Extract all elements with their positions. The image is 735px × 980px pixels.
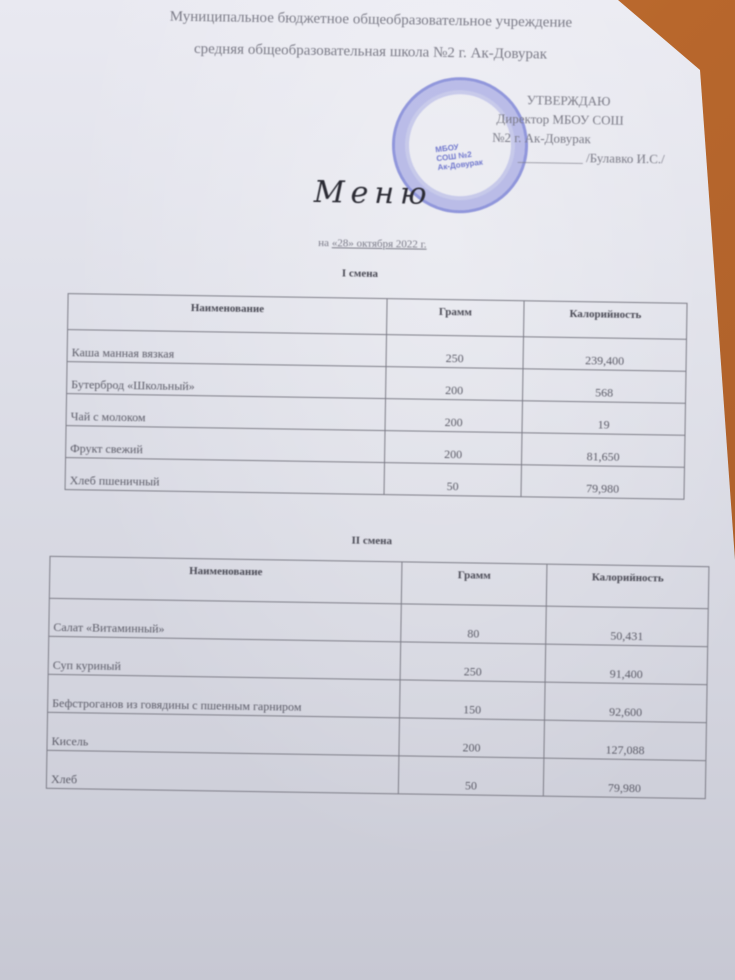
dish-grams: 200: [399, 718, 545, 758]
dish-name: Кисель: [47, 712, 400, 756]
dish-name: Хлеб пшеничный: [65, 458, 384, 495]
dish-calories: 50,431: [546, 606, 709, 647]
column-header-grams: Грамм: [387, 299, 525, 337]
dish-calories: 127,088: [544, 720, 707, 761]
column-header-calories: Калорийность: [546, 564, 709, 609]
shift-2-label: II смена: [322, 534, 422, 548]
dish-name: Салат «Витаминный»: [49, 598, 402, 642]
date-value: «28» октября 2022 г.: [332, 237, 427, 250]
approval-school: №2 г. Ак-Довурак: [474, 127, 665, 149]
shift-1-label: I смена: [310, 267, 410, 281]
column-header-grams: Грамм: [401, 562, 547, 606]
dish-name: Фрукт свежий: [66, 426, 385, 463]
date-prefix: на: [318, 237, 332, 249]
dish-calories: 91,400: [545, 644, 708, 685]
dish-grams: 50: [384, 463, 521, 497]
column-header-name: Наименование: [68, 294, 388, 335]
dish-grams: 200: [385, 399, 522, 433]
approval-signature: __________ /Булавко И.С./: [474, 146, 665, 168]
document-content: Муниципальное бюджетное общеобразователь…: [0, 0, 735, 980]
school-name-line2: средняя общеобразовательная школа №2 г. …: [125, 40, 615, 65]
column-header-calories: Калорийность: [524, 301, 688, 340]
dish-calories: 239,400: [523, 337, 686, 372]
dish-calories: 568: [523, 369, 686, 404]
school-name-line1: Муниципальное бюджетное общеобразователь…: [126, 8, 616, 33]
dish-grams: 150: [400, 680, 546, 720]
dish-name: Бутерброд «Школьный»: [67, 362, 386, 399]
column-header-name: Наименование: [49, 556, 402, 604]
dish-grams: 80: [401, 604, 547, 644]
menu-date: на «28» октября 2022 г.: [252, 236, 492, 252]
dish-grams: 50: [398, 756, 544, 796]
dish-grams: 250: [386, 335, 523, 369]
dish-name: Чай с молоком: [66, 394, 385, 431]
dish-calories: 79,980: [521, 465, 684, 500]
dish-name: Суп куриный: [48, 636, 401, 680]
dish-grams: 200: [386, 367, 523, 401]
dish-calories: 81,650: [522, 433, 685, 468]
dish-grams: 250: [400, 642, 546, 682]
page-title: Меню: [293, 175, 454, 213]
dish-name: Каша манная вязкая: [67, 330, 386, 367]
dish-name: Хлеб: [46, 750, 399, 794]
approval-block: УТВЕРЖДАЮ Директор МБОУ СОШ №2 г. Ак-Дов…: [474, 89, 666, 168]
dish-calories: 79,980: [543, 758, 706, 799]
dish-calories: 19: [522, 401, 685, 436]
dish-grams: 200: [385, 431, 522, 465]
shift-1-menu-table: Наименование Грамм Калорийность Каша ман…: [65, 293, 688, 500]
dish-calories: 92,600: [544, 682, 707, 723]
shift-2-menu-table: Наименование Грамм Калорийность Салат «В…: [46, 556, 710, 799]
dish-name: Бефстроганов из говядины с пшенным гарни…: [48, 674, 401, 718]
